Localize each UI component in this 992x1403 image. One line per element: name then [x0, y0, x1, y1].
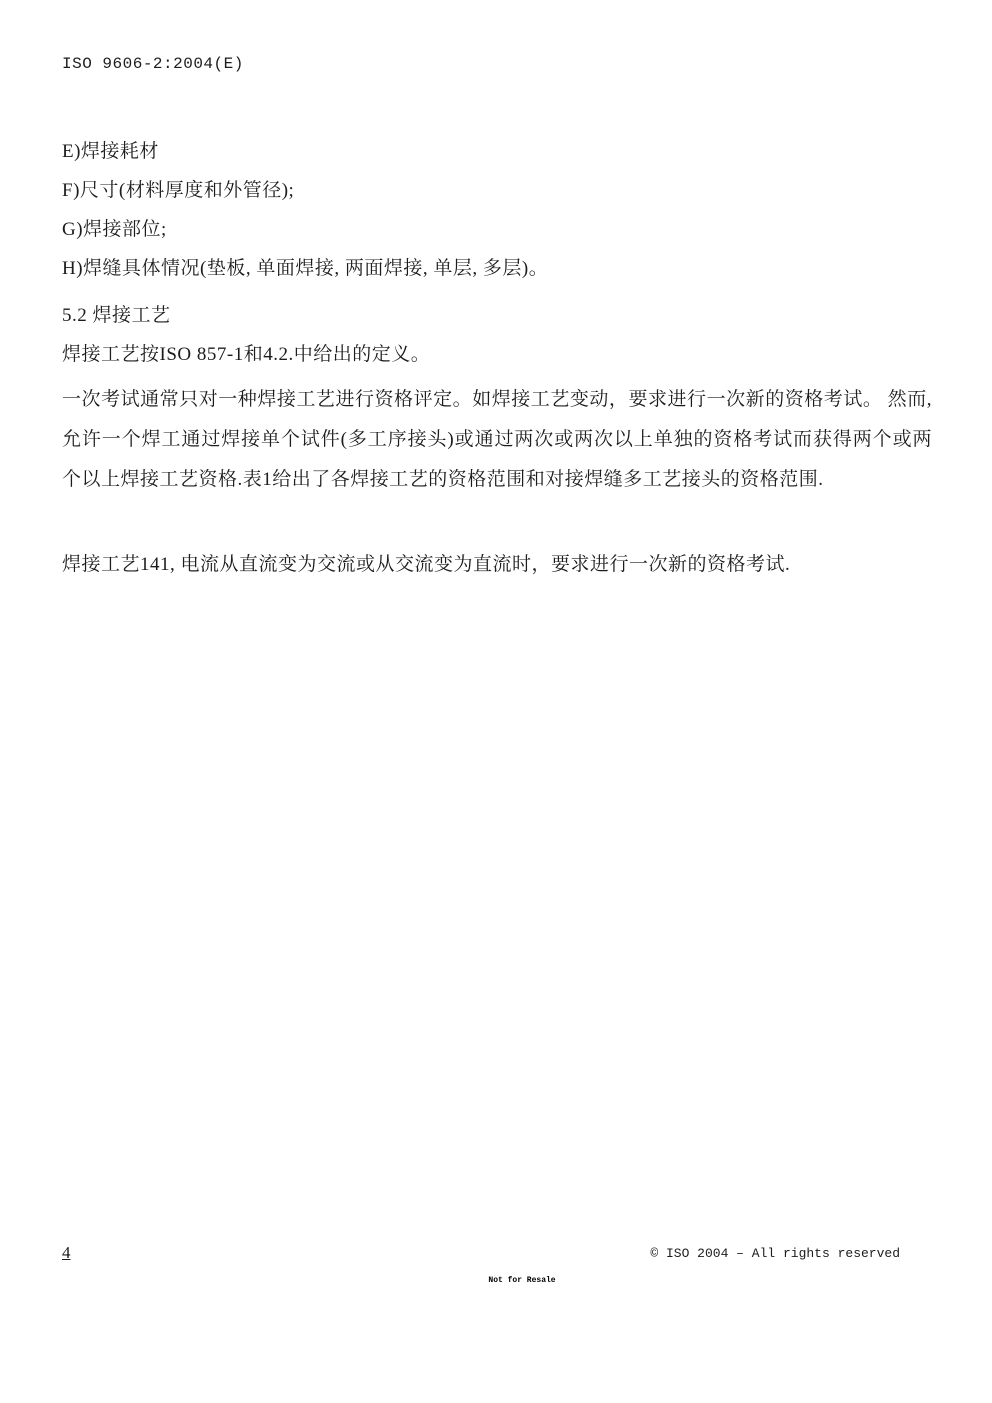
list-item-e: E)焊接耗材: [62, 132, 932, 171]
footer-page-number: 4: [62, 1243, 71, 1263]
footer-copyright: © ISO 2004 – All rights reserved: [650, 1246, 900, 1261]
list-item-g: G)焊接部位;: [62, 210, 932, 249]
paragraph-process-141: 焊接工艺141, 电流从直流变为交流或从交流变为直流时，要求进行一次新的资格考试…: [62, 545, 932, 585]
document-standard-number: ISO 9606-2:2004(E): [62, 55, 244, 73]
paragraph-qualification-scope: 一次考试通常只对一种焊接工艺进行资格评定。如焊接工艺变动，要求进行一次新的资格考…: [62, 380, 932, 500]
section-intro-text: 焊接工艺按ISO 857-1和4.2.中给出的定义。: [62, 335, 932, 374]
footer-watermark: Not for Resale: [452, 1276, 592, 1285]
list-item-f: F)尺寸(材料厚度和外管径);: [62, 171, 932, 210]
list-item-h: H)焊缝具体情况(垫板, 单面焊接, 两面焊接, 单层, 多层)。: [62, 249, 932, 288]
section-heading-5-2: 5.2 焊接工艺: [62, 296, 932, 335]
document-body: E)焊接耗材 F)尺寸(材料厚度和外管径); G)焊接部位; H)焊缝具体情况(…: [62, 132, 932, 585]
